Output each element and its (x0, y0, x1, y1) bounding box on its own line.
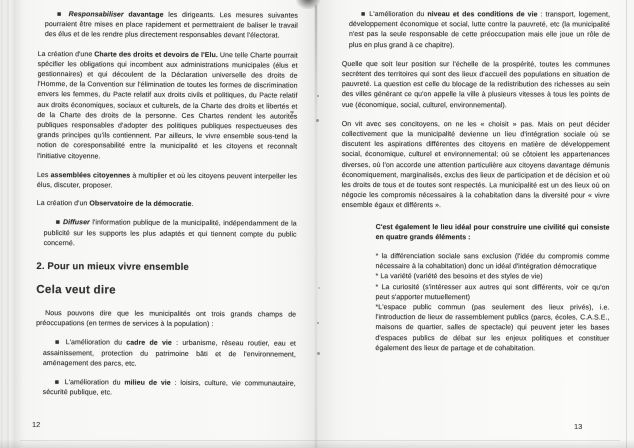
star-variete: * La variété (variété des besoins et des… (376, 273, 610, 284)
text-segment: assemblées citoyennes (51, 172, 131, 179)
bullet-milieu-de-vie: ■ L'amélioration du milieu de vie : lois… (43, 378, 296, 400)
text-segment: cadre de vie (126, 340, 172, 347)
scan-speck (317, 352, 320, 355)
text-segment: . (191, 201, 193, 208)
text-segment: davantage (128, 12, 163, 19)
text-segment: Responsabiliser (69, 11, 129, 18)
text-segment: L'amélioration du (369, 11, 427, 18)
star-espace-public: *L'espace public commun (pas seulement d… (375, 303, 609, 354)
text-segment: milieu de vie (124, 380, 170, 387)
para-charte-droits-devoirs: La création d'une Charte des droits et d… (37, 50, 298, 164)
book-left-edge (0, 0, 14, 448)
text-segment: L'amélioration du (65, 379, 125, 386)
heading-cela-veut-dire: Cela veut dire (36, 283, 296, 299)
page-number-right: 13 (574, 422, 582, 431)
spine-top-smudge (296, 0, 320, 9)
text-segment: * la différenciation sociale sans exclus… (376, 253, 610, 271)
bullet-responsabiliser: ■ Responsabiliser davantage les dirigean… (45, 10, 298, 42)
text-segment: L'amélioration du (66, 340, 127, 347)
book-left-edge-shadow (14, 0, 24, 448)
para-vivre-avec-concitoyens: On vit avec ses concitoyens, on ne les «… (342, 120, 610, 212)
text-segment: 2. Pour un mieux vivre ensemble (36, 261, 188, 273)
bullet-cadre-de-vie: ■ L'amélioration du cadre de vie : urban… (43, 339, 296, 371)
text-segment: Une telle Charte pourrait spécifier les … (37, 52, 298, 160)
bullet-niveau-conditions-vie: ■ L'amélioration du niveau et des condit… (349, 10, 610, 51)
text-segment: ■ (57, 11, 69, 18)
text-segment: ■ (55, 340, 66, 347)
para-assemblees-citoyennes: Les assemblées citoyennes à multiplier e… (37, 171, 297, 193)
para-civilite-intro: C'est également le lieu idéal pour const… (376, 223, 610, 244)
para-observatoire-democratie: La création d'un Observatoire de la démo… (37, 199, 297, 211)
text-segment: La création d'une (38, 51, 95, 58)
text-segment: Les (37, 172, 51, 179)
text-segment: Diffuser (63, 220, 90, 227)
left-page-text: ■ Responsabiliser davantage les dirigean… (36, 10, 298, 400)
text-segment: La création d'un (37, 200, 90, 207)
scan-speck (318, 287, 320, 289)
text-segment: * La curiosité (s'intéresser aux autres … (375, 284, 609, 301)
book-right-edge (626, 0, 627, 448)
scan-speck (316, 119, 319, 122)
page-number-left: 12 (32, 420, 40, 429)
heading-section-2: 2. Pour un mieux vivre ensemble (36, 261, 296, 275)
book-scan-spread: ■ Responsabiliser davantage les dirigean… (0, 0, 634, 448)
right-page-text: ■ L'amélioration du niveau et des condit… (341, 10, 610, 355)
page-bottom-shadow (0, 439, 634, 448)
para-echelle-prosperite: Quelle que soit leur position sur l'éche… (342, 60, 610, 111)
scan-speck (290, 111, 294, 113)
scan-speck (317, 95, 319, 97)
text-segment: ■ (55, 379, 65, 386)
scan-speck (317, 322, 319, 324)
star-curiosite: * La curiosité (s'intéresser aux autres … (375, 283, 609, 304)
text-segment: Observatoire de la démocratie (89, 201, 191, 209)
text-segment: * La variété (variété des besoins et des… (376, 274, 543, 281)
para-trois-champs: Nous pouvons dire que les municipalités … (36, 309, 296, 331)
text-segment: On vit avec ses concitoyens, on ne les «… (342, 121, 610, 210)
text-segment: niveau et des conditions de vie (427, 11, 537, 18)
text-segment: Quelle que soit leur position sur l'éche… (342, 61, 610, 109)
text-segment: *L'espace public commun (pas seulement d… (375, 304, 609, 352)
text-segment: C'est également le lieu idéal pour const… (376, 224, 610, 241)
text-segment: Cela veut dire (36, 283, 116, 296)
book-spine-fold (315, 5, 317, 448)
bullet-diffuser: ■ Diffuser l'information publique de la … (44, 218, 297, 250)
text-segment: Charte des droits et devoirs de l'Elu. (94, 51, 218, 59)
text-segment: Nous pouvons dire que les municipalités … (36, 310, 296, 328)
star-differenciation-sociale: * la différenciation sociale sans exclus… (376, 252, 610, 273)
